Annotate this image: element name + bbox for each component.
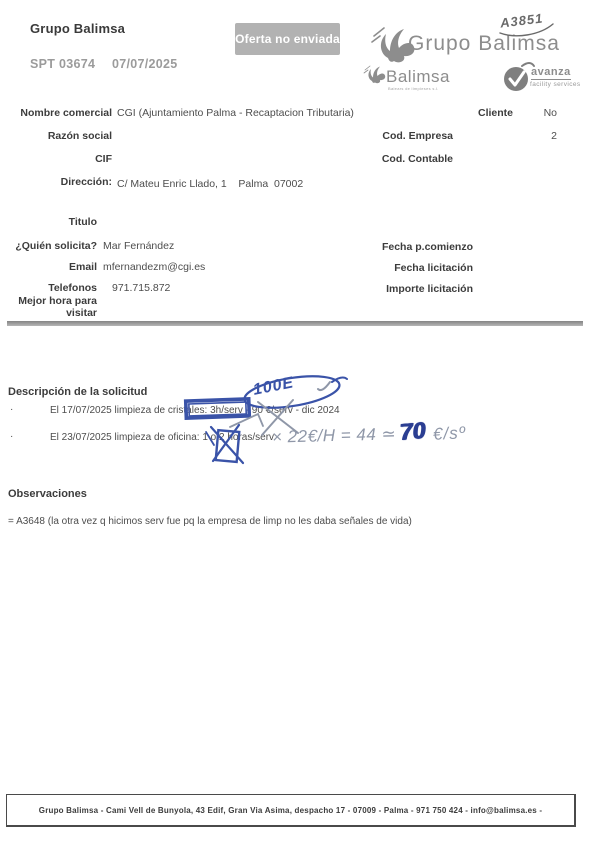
handwritten-formula-unit: €/sº xyxy=(433,424,467,443)
company-title: Grupo Balimsa xyxy=(30,21,125,36)
document-ref: SPT 03674 xyxy=(30,57,95,71)
tick-stroke xyxy=(318,382,330,390)
crossed-box-stroke xyxy=(206,425,243,463)
field-label-fecha-licitacion: Fecha licitación xyxy=(394,262,473,274)
bullet-icon: · xyxy=(10,404,13,415)
description-item-1: El 17/07/2025 limpieza de cristales: 3h/… xyxy=(50,405,340,416)
field-value-cod-empresa: 2 xyxy=(551,130,557,142)
field-label-fecha-pcomienzo: Fecha p.comienzo xyxy=(382,241,473,253)
logo-graphics xyxy=(0,0,595,842)
field-label-importe-licitacion: Importe licitación xyxy=(386,283,473,295)
field-label-cod-empresa: Cod. Empresa xyxy=(382,130,453,142)
section-divider xyxy=(7,321,583,326)
document-date: 07/07/2025 xyxy=(112,57,178,71)
handwriting-ink-overlay xyxy=(0,0,595,842)
field-label-mejor-hora: Mejor hora para visitar xyxy=(0,295,97,319)
field-label-cod-contable: Cod. Contable xyxy=(382,153,453,165)
logo-balimsa-tagline: Balears de limpieses s.l. xyxy=(388,86,439,91)
balimsa-b-small-icon xyxy=(364,66,385,83)
field-label-telefonos: Telefonos xyxy=(0,282,97,294)
field-label-cliente: Cliente xyxy=(478,107,513,119)
description-item-2: El 23/07/2025 limpieza de oficina: 1 o 2… xyxy=(50,432,274,443)
field-label-nombre-comercial: Nombre comercial xyxy=(0,107,112,119)
description-heading: Descripción de la solicitud xyxy=(8,386,147,398)
status-badge: Oferta no enviada xyxy=(235,23,340,55)
field-value-cliente: No xyxy=(544,107,557,119)
field-value-telefonos: 971.715.872 xyxy=(112,282,170,294)
field-label-direccion: Dirección: xyxy=(0,176,112,188)
field-label-email: Email xyxy=(0,261,97,273)
handwritten-formula-result: 70 xyxy=(399,419,427,444)
logo-avanza-tagline: facility services xyxy=(530,81,581,88)
field-value-email: mfernandezm@cgi.es xyxy=(103,261,205,273)
observations-text: = A3648 (la otra vez q hicimos serv fue … xyxy=(8,516,568,527)
field-value-direccion: C/ Mateu Enric Llado, 1 Palma 07002 xyxy=(117,178,303,190)
field-label-titulo: Titulo xyxy=(0,216,97,228)
logo-balimsa-text: Balimsa xyxy=(386,67,450,87)
footer: Grupo Balimsa - Cami Vell de Bunyola, 43… xyxy=(6,794,576,827)
footer-text: Grupo Balimsa - Cami Vell de Bunyola, 43… xyxy=(39,806,542,815)
handwritten-price: 100E xyxy=(252,375,296,399)
handwritten-reference: A3851 xyxy=(499,11,544,29)
bullet-icon: · xyxy=(10,431,13,442)
field-value-quien-solicita: Mar Fernández xyxy=(103,240,174,252)
handwritten-formula: × 22€/H = 44 ≃ xyxy=(272,425,397,445)
observations-heading: Observaciones xyxy=(8,488,87,500)
field-label-cif: CIF xyxy=(0,153,112,165)
field-label-razon-social: Razón social xyxy=(0,130,112,142)
logo-avanza-text: avanza xyxy=(531,66,571,80)
logo-grupo-balimsa-text: Grupo Balimsa xyxy=(408,32,560,56)
field-value-nombre-comercial: CGI (Ajuntamiento Palma - Recaptacion Tr… xyxy=(117,107,354,119)
field-label-quien-solicita: ¿Quién solicita? xyxy=(0,240,97,252)
scanned-offer-form: Grupo Balimsa SPT 03674 07/07/2025 Ofert… xyxy=(0,0,595,842)
